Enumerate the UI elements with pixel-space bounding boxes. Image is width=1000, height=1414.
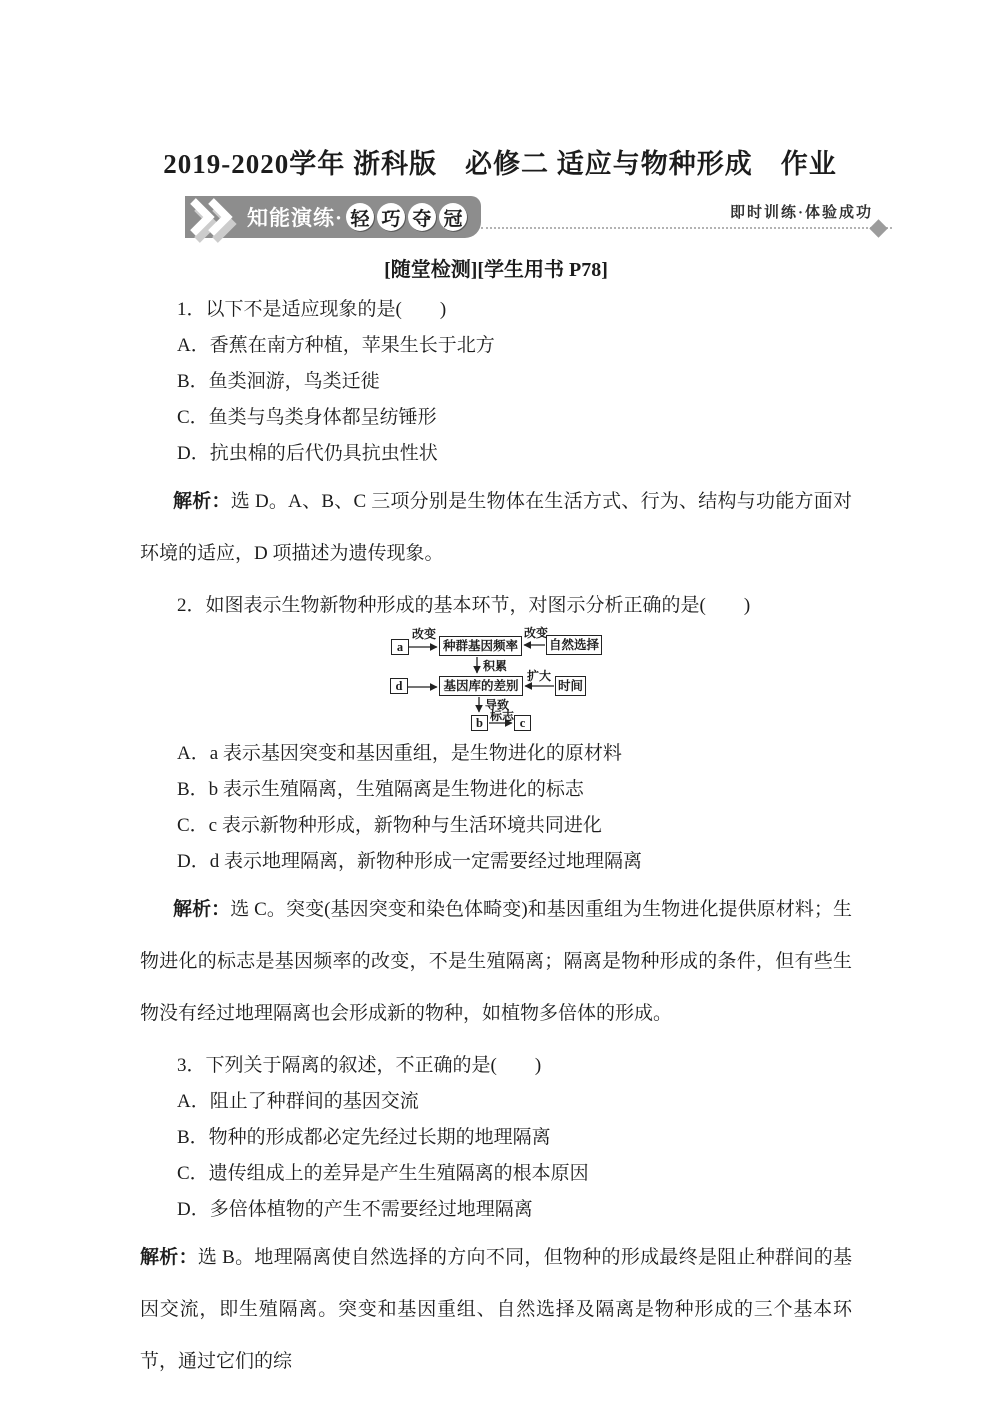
banner-tab: 知能演练· 轻 巧 夺 冠	[185, 196, 481, 238]
option-c: C．c 表示新物种形成，新物种与生活环境共同进化	[140, 808, 852, 844]
option-b: B．b 表示生殖隔离，生殖隔离是生物进化的标志	[140, 772, 852, 808]
analysis: 解析：选 B。地理隔离使自然选择的方向不同，但物种的形成最终是阻止种群间的基因交…	[140, 1232, 852, 1388]
species-formation-diagram: a 改变 种群基因频率 改变 自然选择 积累 d 基因库的差别 扩大 时间 导致…	[388, 630, 604, 734]
diagram-label-expand: 扩大	[527, 670, 551, 682]
option-a: A．香蕉在南方种植，苹果生长于北方	[140, 328, 852, 364]
document-body: [随堂检测][学生用书 P78] 1．以下不是适应现象的是( ) A．香蕉在南方…	[140, 256, 852, 1388]
diagram-box-gene-pool-difference: 基因库的差别	[439, 676, 523, 696]
banner: 知能演练· 轻 巧 夺 冠 即时训练·体验成功	[0, 196, 1000, 244]
analysis-label: 解析：	[173, 491, 231, 512]
question-3: 3．下列关于隔离的叙述，不正确的是( ) A．阻止了种群间的基因交流 B．物种的…	[140, 1048, 852, 1388]
diagram-box-c: c	[514, 715, 531, 731]
analysis-text: 选 D。A、B、C 三项分别是生物体在生活方式、行为、结构与功能方面对环境的适应…	[140, 491, 852, 564]
document-title: 2019-2020学年 浙科版 必修二 适应与物种形成 作业	[0, 0, 1000, 182]
question-stem: 2．如图表示生物新物种形成的基本环节，对图示分析正确的是( )	[140, 588, 852, 624]
analysis-text: 选 C。突变(基因突变和染色体畸变)和基因重组为生物进化提供原材料；生物进化的标…	[140, 899, 852, 1024]
option-b: B．物种的形成都必定先经过长期的地理隔离	[140, 1120, 852, 1156]
diagram-box-gene-frequency: 种群基因频率	[439, 636, 522, 656]
worksheet-page: 2019-2020学年 浙科版 必修二 适应与物种形成 作业 知能演练· 轻 巧…	[0, 0, 1000, 1414]
banner-badge: 夺	[408, 203, 436, 231]
question-1: 1．以下不是适应现象的是( ) A．香蕉在南方种植，苹果生长于北方 B．鱼类洄游…	[140, 292, 852, 580]
option-a: A．阻止了种群间的基因交流	[140, 1084, 852, 1120]
question-stem: 3．下列关于隔离的叙述，不正确的是( )	[140, 1048, 852, 1084]
diamond-icon	[869, 219, 887, 237]
diagram-box-natural-selection: 自然选择	[546, 635, 602, 655]
banner-slogan: 即时训练·体验成功	[730, 201, 873, 222]
analysis-label: 解析：	[140, 1247, 198, 1268]
analysis-label: 解析：	[173, 899, 230, 920]
diagram-box-a: a	[391, 639, 409, 655]
option-a: A．a 表示基因突变和基因重组，是生物进化的原材料	[140, 736, 852, 772]
analysis-text: 选 B。地理隔离使自然选择的方向不同，但物种的形成最终是阻止种群间的基因交流，即…	[140, 1247, 852, 1372]
analysis: 解析：选 C。突变(基因突变和染色体畸变)和基因重组为生物进化提供原材料；生物进…	[140, 884, 852, 1040]
diagram-box-time: 时间	[555, 676, 586, 696]
section-header: [随堂检测][学生用书 P78]	[140, 256, 852, 284]
diagram-box-b: b	[471, 715, 488, 731]
option-c: C．鱼类与鸟类身体都呈纺锤形	[140, 400, 852, 436]
question-stem: 1．以下不是适应现象的是( )	[140, 292, 852, 328]
diagram-label-mark: 标志	[490, 710, 514, 722]
option-d: D．抗虫棉的后代仍具抗虫性状	[140, 436, 852, 472]
double-chevron-icon	[183, 192, 249, 251]
option-b: B．鱼类洄游，鸟类迁徙	[140, 364, 852, 400]
option-d: D．d 表示地理隔离，新物种形成一定需要经过地理隔离	[140, 844, 852, 880]
diagram-label-accumulate: 积累	[483, 660, 507, 672]
diagram-label-change-left: 改变	[412, 628, 436, 640]
diagram-box-d: d	[390, 678, 408, 694]
dotted-rule	[481, 227, 892, 229]
option-d: D．多倍体植物的产生不需要经过地理隔离	[140, 1192, 852, 1228]
question-2: 2．如图表示生物新物种形成的基本环节，对图示分析正确的是( )	[140, 588, 852, 1040]
banner-badge: 冠	[439, 203, 467, 231]
banner-badge: 巧	[377, 203, 405, 231]
analysis: 解析：选 D。A、B、C 三项分别是生物体在生活方式、行为、结构与功能方面对环境…	[140, 476, 852, 580]
option-c: C．遗传组成上的差异是产生生殖隔离的根本原因	[140, 1156, 852, 1192]
diagram-label-change-right: 改变	[524, 627, 548, 639]
banner-badge: 轻	[346, 203, 374, 231]
banner-title: 知能演练·	[247, 202, 343, 232]
